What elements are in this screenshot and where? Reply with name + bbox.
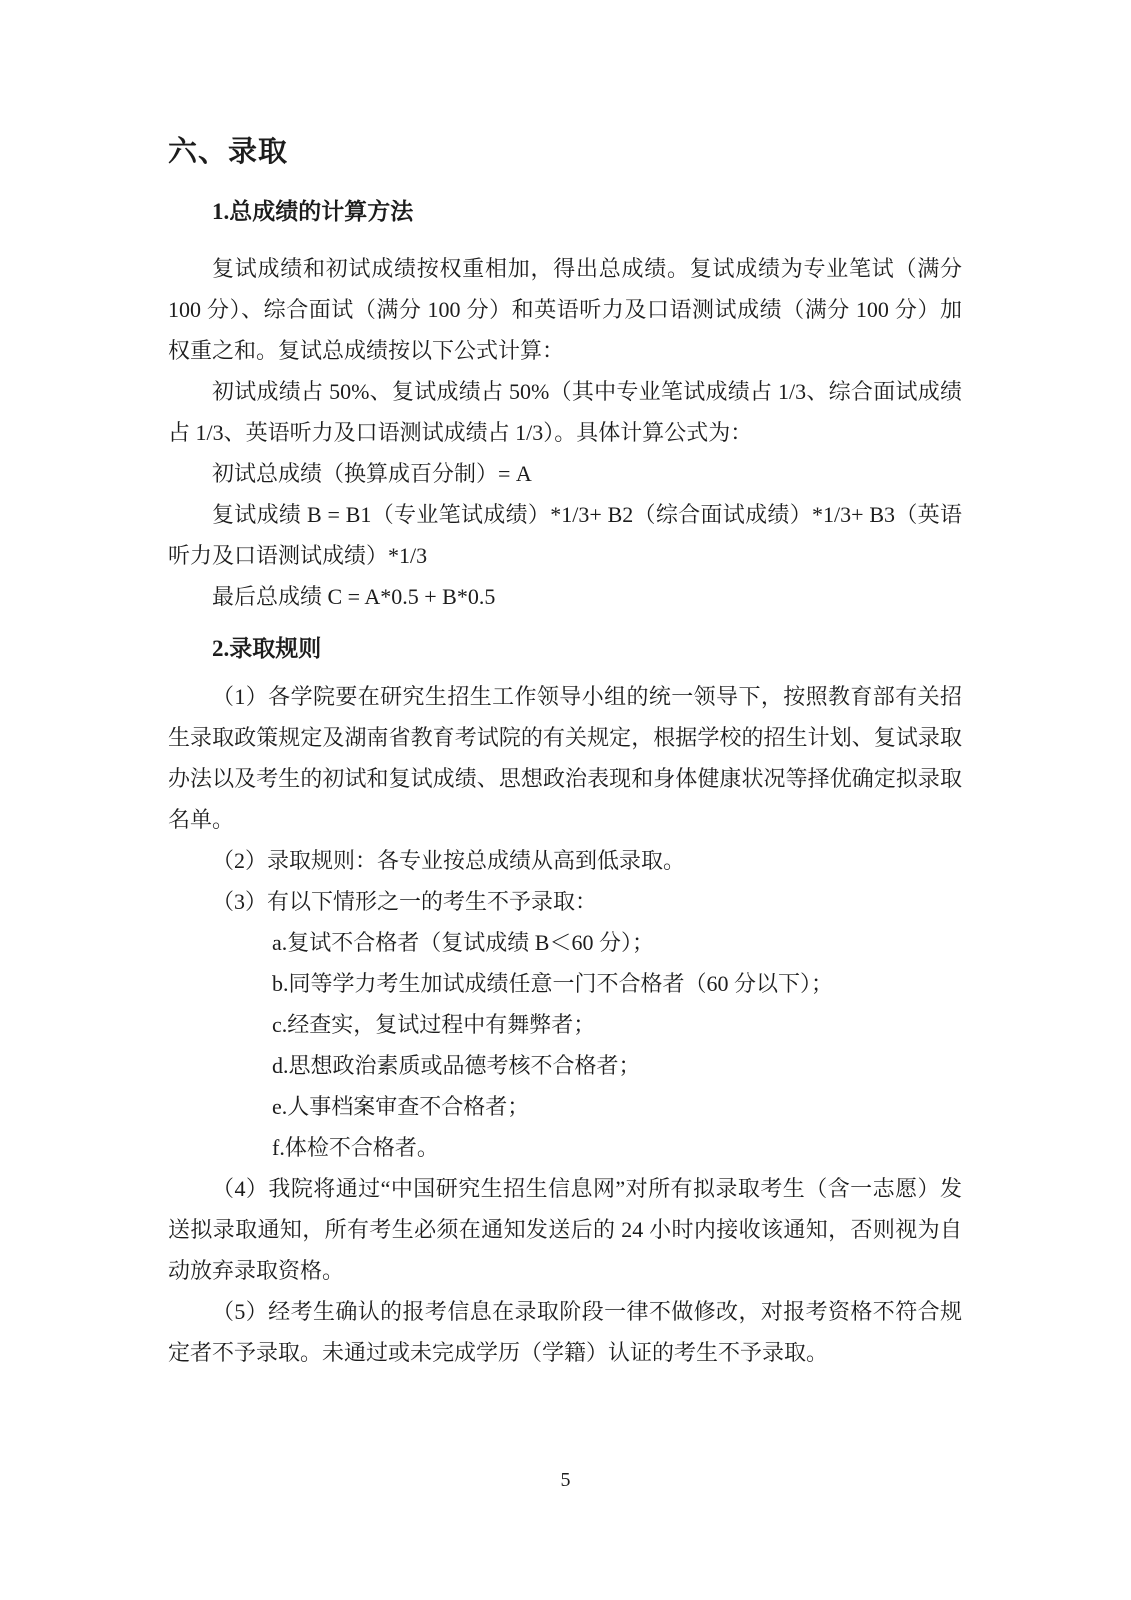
rejection-item-c: c.经查实，复试过程中有舞弊者； [272, 1004, 962, 1045]
paragraph-rule-1: （1）各学院要在研究生招生工作领导小组的统一领导下，按照教育部有关招生录取政策规… [168, 676, 962, 840]
document-body: 六、录取 1.总成绩的计算方法 复试成绩和初试成绩按权重相加，得出总成绩。复试成… [168, 130, 962, 1373]
section-heading: 六、录取 [168, 130, 962, 174]
rejection-item-d: d.思想政治素质或品德考核不合格者； [272, 1045, 962, 1086]
paragraph-rule-4: （4）我院将通过“中国研究生招生信息网”对所有拟录取考生（含一志愿）发送拟录取通… [168, 1168, 962, 1291]
paragraph-score-weights: 复试成绩和初试成绩按权重相加，得出总成绩。复试成绩为专业笔试（满分 100 分）… [168, 248, 962, 371]
rejection-item-f: f.体检不合格者。 [272, 1127, 962, 1168]
rejection-item-a: a.复试不合格者（复试成绩 B＜60 分）； [272, 922, 962, 963]
formula-final-score: 最后总成绩 C = A*0.5 + B*0.5 [168, 576, 962, 617]
paragraph-rule-3: （3）有以下情形之一的考生不予录取： [168, 881, 962, 922]
document-page: 六、录取 1.总成绩的计算方法 复试成绩和初试成绩按权重相加，得出总成绩。复试成… [0, 0, 1131, 1600]
paragraph-score-proportions: 初试成绩占 50%、复试成绩占 50%（其中专业笔试成绩占 1/3、综合面试成绩… [168, 371, 962, 453]
page-number: 5 [0, 1466, 1131, 1494]
paragraph-rule-2: （2）录取规则：各专业按总成绩从高到低录取。 [168, 840, 962, 881]
subsection-heading-score-method: 1.总成绩的计算方法 [168, 196, 962, 228]
formula-retest-score: 复试成绩 B = B1（专业笔试成绩）*1/3+ B2（综合面试成绩）*1/3+… [168, 494, 962, 576]
subsection-heading-admission-rules: 2.录取规则 [168, 633, 962, 665]
formula-initial-score: 初试总成绩（换算成百分制）= A [168, 453, 962, 494]
rejection-item-b: b.同等学力考生加试成绩任意一门不合格者（60 分以下）； [272, 963, 962, 1004]
rejection-item-e: e.人事档案审查不合格者； [272, 1086, 962, 1127]
paragraph-rule-5: （5）经考生确认的报考信息在录取阶段一律不做修改，对报考资格不符合规定者不予录取… [168, 1291, 962, 1373]
